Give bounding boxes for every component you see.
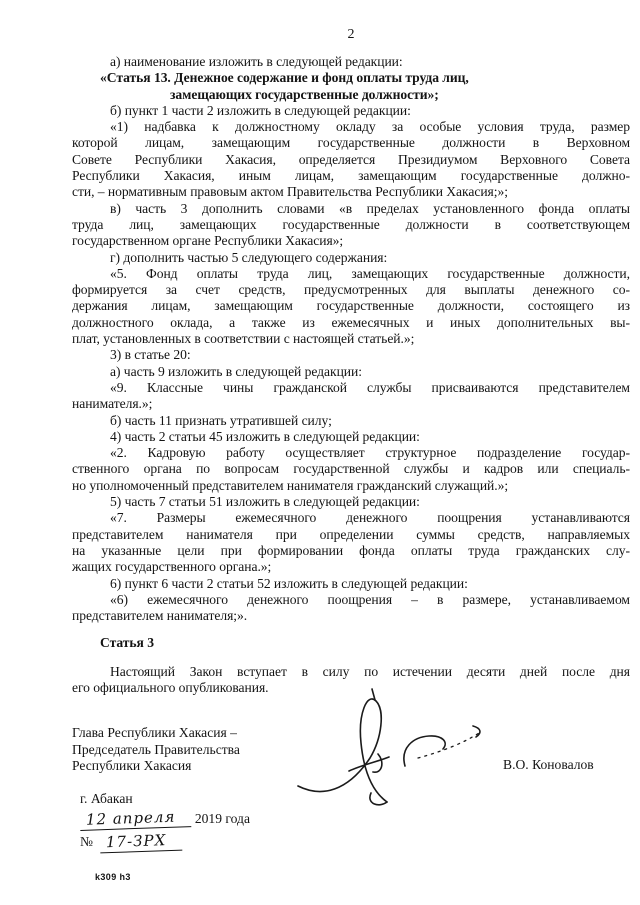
document-line: Республики Хакасия, иным лицам, замещающ… (72, 168, 630, 184)
document-line: представителем нанимателя при определени… (72, 527, 630, 543)
printed-year: 2019 года (195, 811, 250, 826)
number-sign: № (80, 833, 93, 850)
article3-line: Настоящий Закон вступает в силу по истеч… (72, 664, 630, 680)
document-line: формируется за счет средств, предусмотре… (72, 282, 630, 298)
document-line: «1) надбавка к должностному окладу за ос… (72, 119, 630, 135)
document-line: б) пункт 1 части 2 изложить в следующей … (72, 103, 630, 119)
handwritten-number: 17-ЗРХ (100, 832, 183, 854)
document-line: «2. Кадровую работу осуществляет структу… (72, 445, 630, 461)
document-line: 6) пункт 6 части 2 статьи 52 изложить в … (72, 576, 630, 592)
handwritten-date: 12 апреля (80, 808, 192, 831)
document-line: сти, – нормативным правовым актом Правит… (72, 184, 630, 200)
document-line: ственного органа по вопросам государстве… (72, 461, 630, 477)
footer-code: k309 h3 (95, 872, 131, 882)
document-line: нанимателя.»; (72, 396, 630, 412)
document-line: «7. Размеры ежемесячного денежного поощр… (72, 510, 630, 526)
document-line: Совете Республики Хакасия, определяется … (72, 152, 630, 168)
signer-post-block: Глава Республики Хакасия – Председатель … (72, 725, 302, 775)
signer-post-line: Глава Республики Хакасия – (72, 725, 302, 742)
document-line: «5. Фонд оплаты труда лиц, замещающих го… (72, 266, 630, 282)
document-line: 3) в статье 20: (72, 347, 630, 363)
document-line: в) часть 3 дополнить словами «в пределах… (72, 201, 630, 217)
signer-post-line: Республики Хакасия (72, 758, 302, 775)
document-line: г) дополнить частью 5 следующего содержа… (72, 250, 630, 266)
document-page: 2 а) наименование изложить в следующей р… (0, 0, 640, 905)
document-line: жащих государственного органа.»; (72, 559, 630, 575)
document-line: плат, установленных в соответствии с нас… (72, 331, 630, 347)
article3-heading: Статья 3 (72, 635, 630, 651)
page-number: 2 (72, 27, 630, 43)
article13-heading-line: «Статья 13. Денежное содержание и фонд о… (72, 70, 630, 86)
document-line: держания лицам, замещающим государственн… (72, 298, 630, 314)
issue-place: г. Абакан (80, 790, 380, 807)
document-line: труда лиц, замещающих государственные до… (72, 217, 630, 233)
document-line: представителем нанимателя;». (72, 608, 630, 624)
document-line: б) часть 11 признать утратившей силу; (72, 413, 630, 429)
document-line: которой лицам, замещающим государственны… (72, 135, 630, 151)
document-line: государственном органе Республики Хакаси… (72, 233, 630, 249)
document-line: а) наименование изложить в следующей ред… (72, 54, 630, 70)
document-line: «6) ежемесячного денежного поощрения – в… (72, 592, 630, 608)
signer-name: В.О. Коновалов (503, 757, 594, 773)
issue-date-row: 12 апреля 2019 года (80, 810, 380, 829)
issue-number-row: № 17-ЗРХ (80, 833, 380, 852)
document-line: 4) часть 2 статьи 45 изложить в следующе… (72, 429, 630, 445)
document-line: должностного оклада, а также из ежемесяч… (72, 315, 630, 331)
document-line: 5) часть 7 статьи 51 изложить в следующе… (72, 494, 630, 510)
document-body: а) наименование изложить в следующей ред… (72, 54, 630, 696)
document-line: но уполномоченный представителем нанимат… (72, 478, 630, 494)
signer-post-line: Председатель Правительства (72, 742, 302, 759)
article13-heading-line: замещающих государственные должности»; (72, 87, 630, 103)
document-line: а) часть 9 изложить в следующей редакции… (72, 364, 630, 380)
document-line: на указанные цели при формировании фонда… (72, 543, 630, 559)
issue-block: г. Абакан 12 апреля 2019 года № 17-ЗРХ (80, 790, 380, 852)
document-line: «9. Классные чины гражданской службы при… (72, 380, 630, 396)
